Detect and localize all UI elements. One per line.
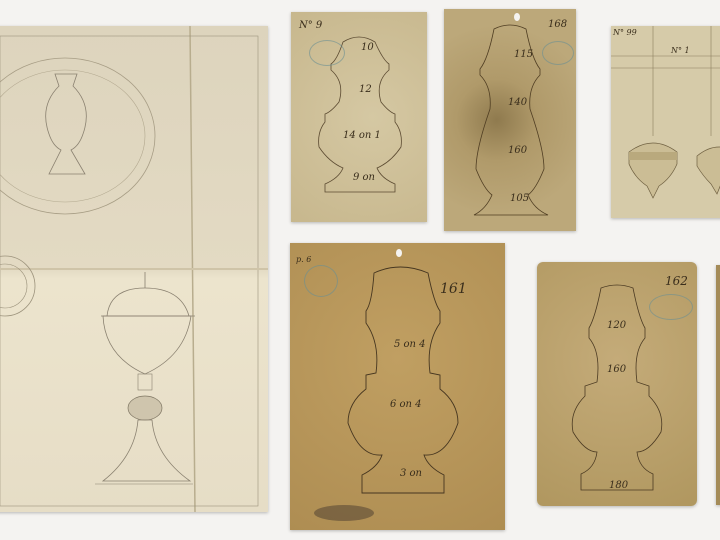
annotation: 3 on bbox=[400, 468, 422, 479]
annotation: 160 bbox=[607, 364, 626, 375]
corner-label: 162 bbox=[665, 274, 688, 288]
annotation: N° 1 bbox=[671, 46, 690, 55]
annotation: 5 on 4 bbox=[394, 339, 426, 350]
annotation: 9 on bbox=[353, 172, 375, 183]
large-sheet-drawing bbox=[0, 26, 268, 512]
annotation: 120 bbox=[607, 320, 626, 331]
caster-card-bottom-1: p. 6 161 5 on 4 6 on 4 3 on bbox=[290, 243, 505, 530]
hanging-hole bbox=[396, 249, 402, 257]
collection-stamp bbox=[309, 40, 345, 66]
annotation: 160 bbox=[508, 145, 527, 156]
lamp-designs bbox=[611, 26, 720, 218]
caster-card-top-2: 168 115 140 160 105 bbox=[444, 9, 576, 231]
annotation: 6 on 4 bbox=[390, 399, 422, 410]
corner-label: N° 99 bbox=[613, 28, 637, 37]
hanging-hole bbox=[514, 13, 520, 21]
annotation: 12 bbox=[359, 84, 372, 95]
annotation: 105 bbox=[510, 193, 529, 204]
collection-stamp bbox=[542, 41, 574, 65]
annotation: 180 bbox=[609, 480, 628, 491]
lamp-design-card: N° 99 N° 1 bbox=[611, 26, 720, 218]
partial-card-edge bbox=[716, 265, 720, 505]
annotation: 115 bbox=[514, 49, 533, 60]
side-label: p. 6 bbox=[296, 255, 311, 264]
caster-outline bbox=[291, 12, 427, 222]
caster-card-top-1: N° 9 10 12 14 on 1 9 on bbox=[291, 12, 427, 222]
collection-stamp bbox=[649, 294, 693, 320]
collection-stamp bbox=[304, 265, 338, 297]
large-drawing-sheet bbox=[0, 26, 268, 512]
corner-label: 161 bbox=[440, 281, 467, 297]
corner-label: 168 bbox=[548, 19, 567, 30]
annotation: 14 on 1 bbox=[343, 130, 381, 141]
corner-label: N° 9 bbox=[299, 20, 322, 31]
annotation: 10 bbox=[361, 42, 374, 53]
caster-card-bottom-2: 162 120 160 180 bbox=[537, 262, 697, 506]
annotation: 140 bbox=[508, 97, 527, 108]
